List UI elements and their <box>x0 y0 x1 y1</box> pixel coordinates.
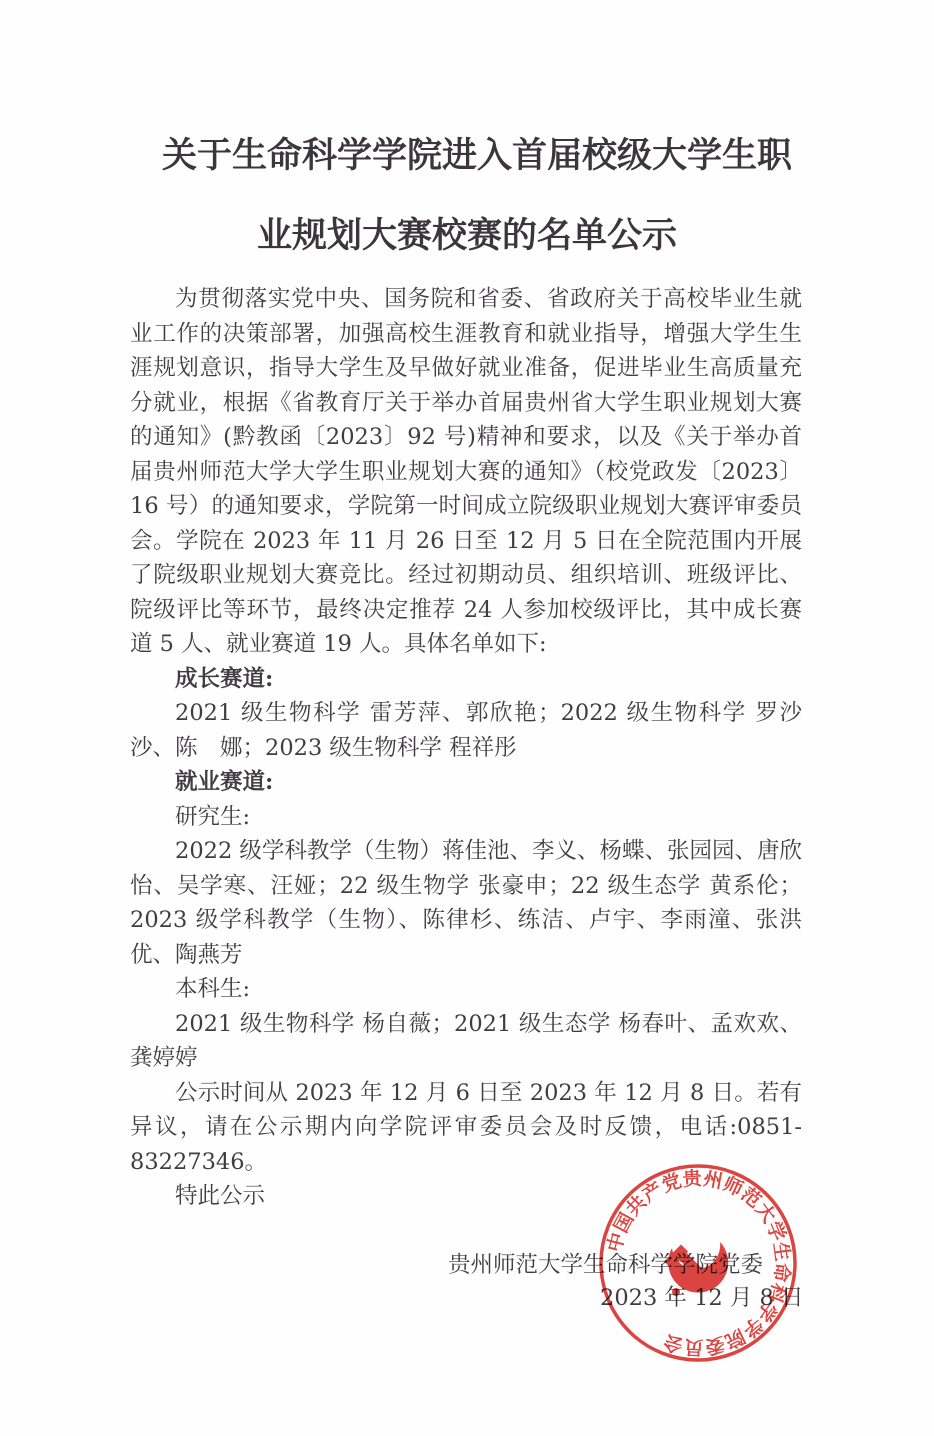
graduate-list: 2022 级学科教学（生物）蒋佳池、李义、杨蝶、张园园、唐欣怡、吴学寒、汪娅；2… <box>130 834 802 972</box>
document-title-line-2: 业规划大赛校赛的名单公示 <box>0 216 934 256</box>
document-title-line-1: 关于生命科学学院进入首届校级大学生职 <box>10 136 934 176</box>
growth-track-list: 2021 级生物科学 雷芳萍、郭欣艳；2022 级生物科学 罗沙沙、陈 娜；20… <box>130 696 802 765</box>
undergrad-label: 本科生: <box>130 972 802 1007</box>
employment-track-heading: 就业赛道: <box>130 765 802 800</box>
growth-track-heading: 成长赛道: <box>130 662 802 697</box>
graduate-label: 研究生: <box>130 800 802 835</box>
official-seal-icon: 中国共产党贵州师范大学生命科学学院委员会 <box>597 1162 799 1364</box>
hammer-sickle-emblem <box>664 1242 728 1296</box>
document-body: 为贯彻落实党中央、国务院和省委、省政府关于高校毕业生就业工作的决策部署，加强高校… <box>130 282 802 1214</box>
document-page: 关于生命科学学院进入首届校级大学生职 业规划大赛校赛的名单公示 为贯彻落实党中央… <box>0 0 934 1436</box>
undergrad-list: 2021 级生物科学 杨自薇；2021 级生态学 杨春叶、孟欢欢、龚婷婷 <box>130 1007 802 1076</box>
intro-paragraph: 为贯彻落实党中央、国务院和省委、省政府关于高校毕业生就业工作的决策部署，加强高校… <box>130 282 802 662</box>
